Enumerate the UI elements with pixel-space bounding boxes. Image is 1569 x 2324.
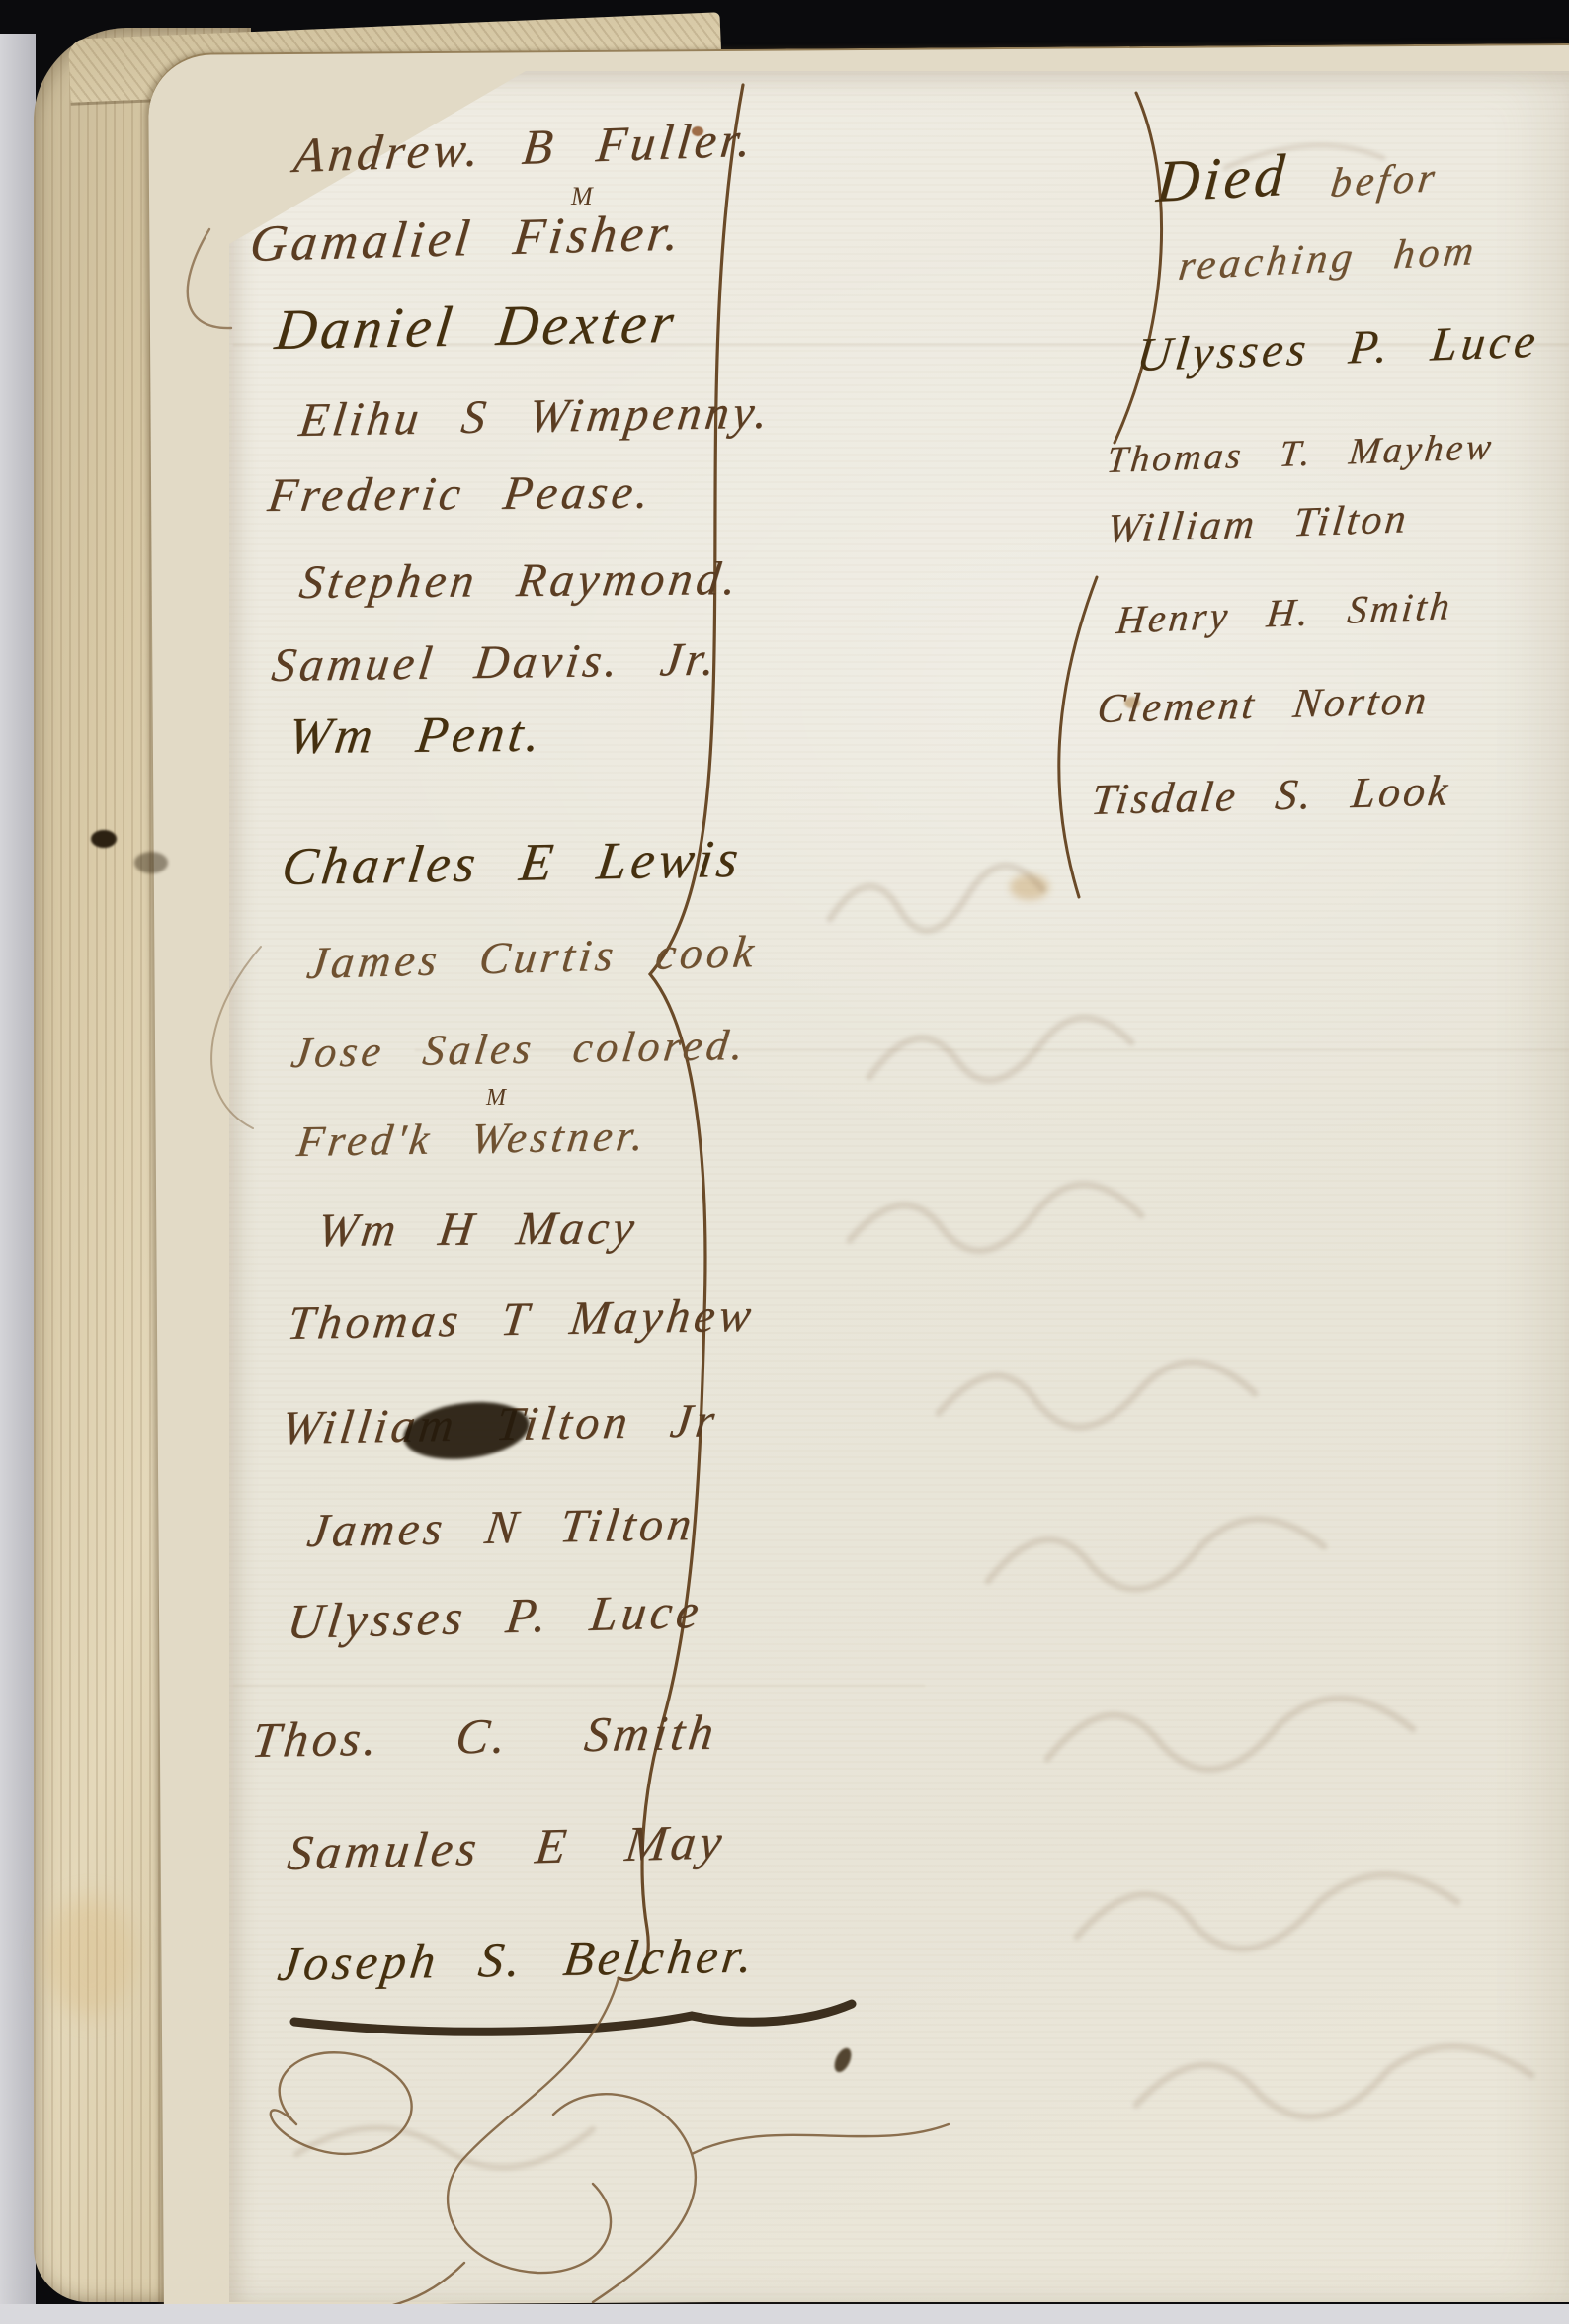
crew-name: Wm H Macy — [314, 1201, 641, 1258]
crew-name: Samules E May — [285, 1812, 729, 1881]
crew-name: James N Tilton — [304, 1497, 699, 1558]
crew-name: Thomas T Mayhew — [285, 1288, 758, 1351]
ink-stain — [91, 830, 117, 848]
paper-crease — [233, 1685, 925, 1687]
crew-name: Fred'k Westner. — [294, 1111, 650, 1167]
crew-name: Samuel Davis. Jr. — [269, 632, 722, 693]
crew-name: Stephen Raymond. — [296, 551, 743, 610]
ink-stain — [134, 852, 168, 873]
crew-name: Frederic Pease. — [265, 465, 656, 523]
crew-name: Daniel Dexter — [272, 290, 681, 363]
crew-name: Charles E Lewis — [279, 828, 746, 897]
scanner-edge-left — [0, 34, 36, 2324]
crew-name: Gamaliel Fisher. — [247, 204, 686, 274]
scanner-edge-bottom — [0, 2304, 1569, 2324]
crew-name: Thos. C. Smith — [249, 1703, 721, 1769]
superscript-mark: M — [486, 1085, 507, 1112]
crew-name: Jose Sales colored. — [289, 1020, 750, 1078]
scanned-ledger-page: Andrew. B Fuller. Gamaliel Fisher. M Dan… — [0, 0, 1569, 2324]
paper-stain — [1010, 874, 1049, 900]
annotation-word: Died — [1154, 141, 1291, 216]
crew-name-died: Tisdale S. Look — [1089, 765, 1453, 825]
paper-stain — [45, 1897, 134, 2016]
superscript-mark: M — [571, 182, 594, 211]
crew-name: Joseph S. Belcher. — [275, 1926, 760, 1992]
crew-name-died: Clement Norton — [1095, 677, 1432, 733]
annotation-word: befor — [1328, 154, 1441, 207]
crew-name: Ulysses P. Luce — [285, 1582, 705, 1650]
crew-name: Wm Pent. — [285, 705, 547, 766]
crew-name: Elihu S Wimpenny. — [296, 385, 775, 448]
